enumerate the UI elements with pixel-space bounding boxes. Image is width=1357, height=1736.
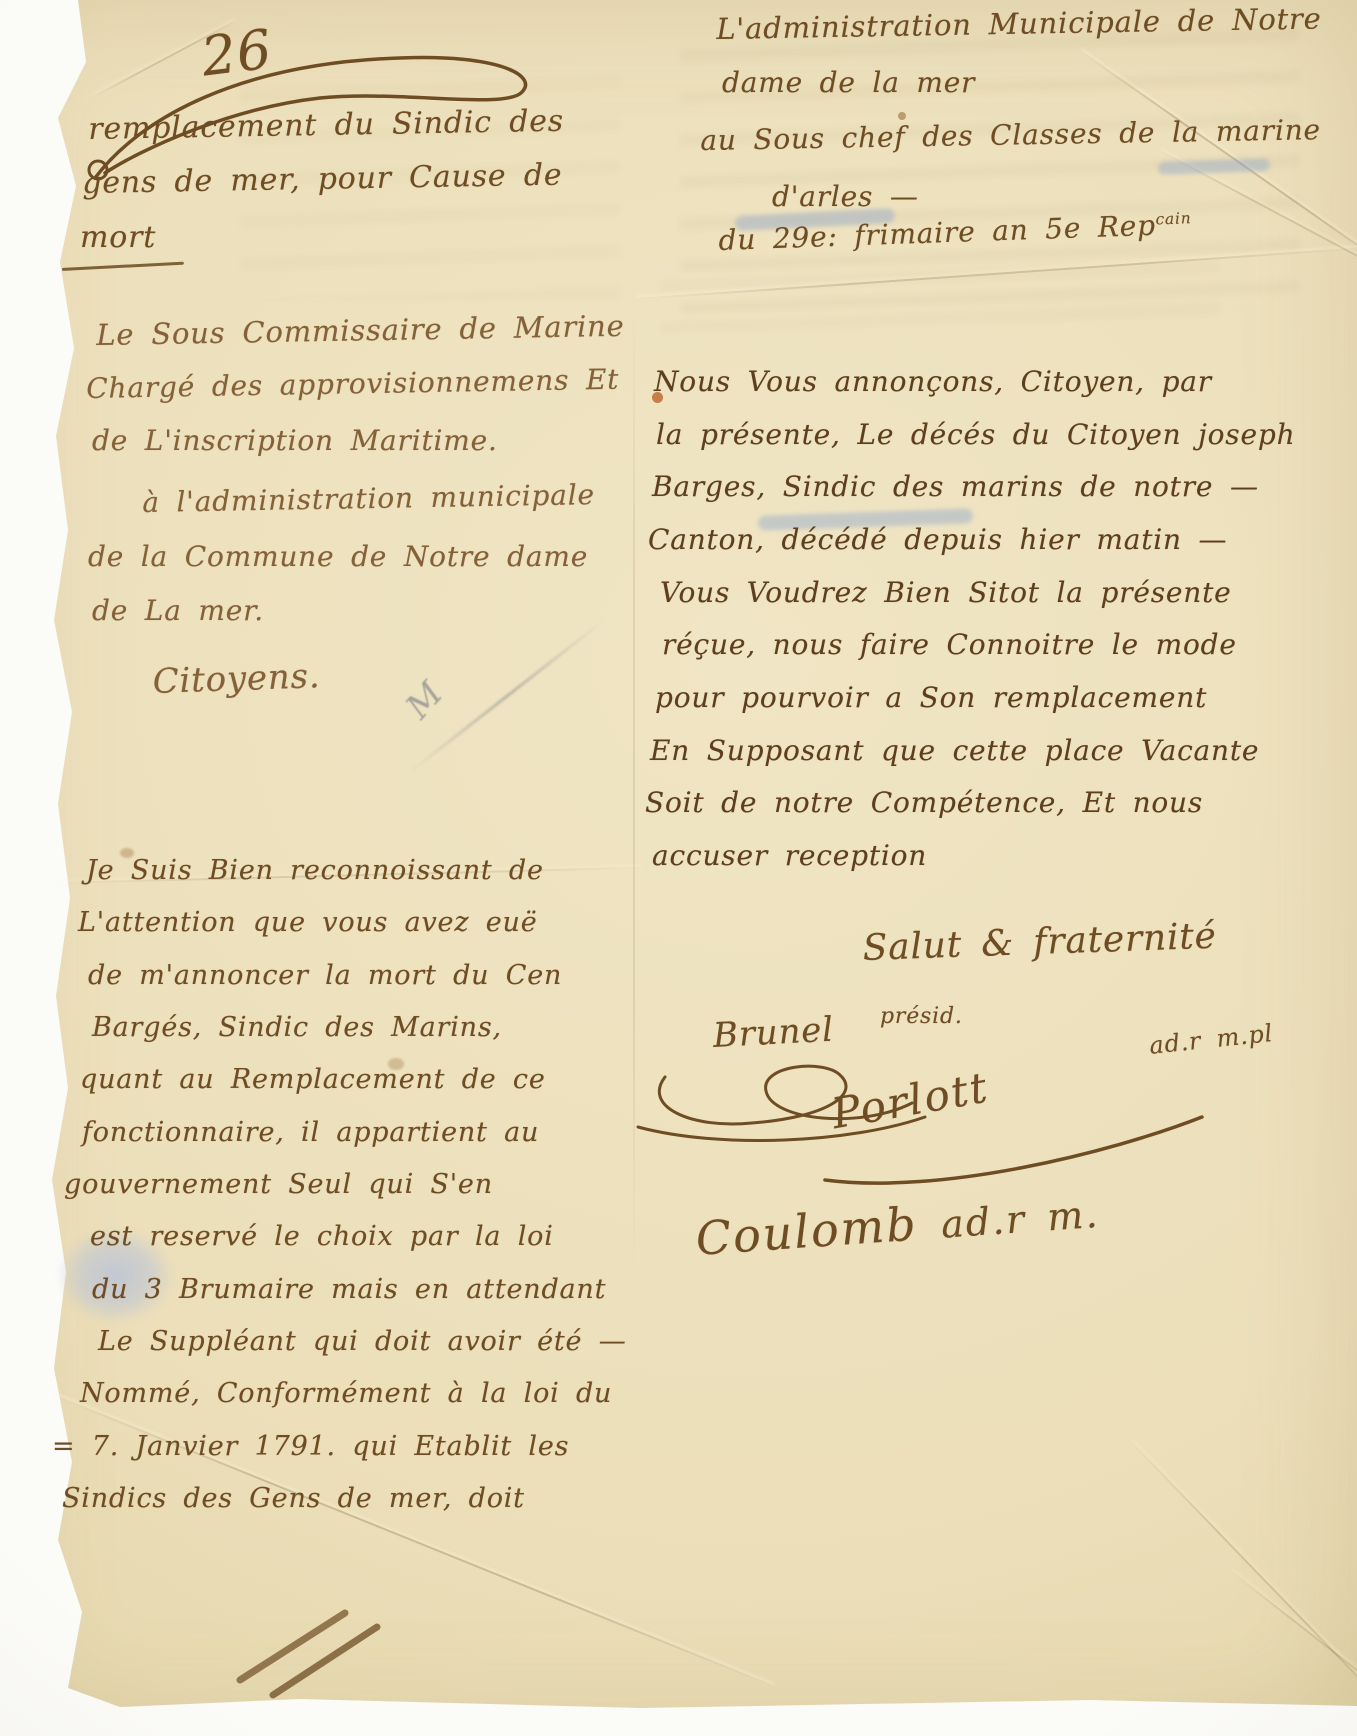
right-body-line: Soit de notre Compétence, Et nous	[645, 786, 1203, 819]
body-line: Je Suis Bien reconnoissant de	[86, 855, 544, 886]
body-line: Le Suppléant qui doit avoir été —	[98, 1326, 627, 1357]
addressee-line: de la Commune de Notre dame	[88, 540, 588, 573]
right-addressee-line: d'arles —	[772, 180, 919, 213]
right-body-line: En Supposant que cette place Vacante	[650, 734, 1259, 767]
right-body-line: Vous Voudrez Bien Sitot la présente	[660, 576, 1232, 609]
date-superscript: cain	[1155, 209, 1191, 228]
body-line: Bargés, Sindic des Marins,	[92, 1012, 502, 1043]
sender-line: de L'inscription Maritime.	[92, 424, 498, 457]
salutation: Citoyens.	[152, 656, 321, 702]
body-line: = 7. Janvier 1791. qui Etablit les	[52, 1431, 569, 1462]
body-line: est reservé le choix par la loi	[90, 1221, 554, 1252]
subject-line: mort	[80, 220, 156, 255]
right-body-line: Nous Vous annonçons, Citoyen, par	[654, 365, 1212, 398]
docket-number: 26	[198, 17, 275, 88]
right-body-line: réçue, nous faire Connoitre le mode	[662, 628, 1237, 661]
right-body-line: pour pourvoir a Son remplacement	[655, 681, 1207, 714]
body-line: Sindics des Gens de mer, doit	[62, 1483, 525, 1514]
body-line: Nommé, Conformément à la loi du	[80, 1378, 612, 1409]
body-line: de m'annoncer la mort du Cen	[88, 960, 562, 991]
body-line: fonctionnaire, il appartient au	[82, 1117, 539, 1148]
document-scan: 26 remplacement du Sindic des gens de me…	[0, 0, 1357, 1736]
signature-brunel-title: présid.	[880, 1004, 963, 1029]
right-body-line: accuser reception	[652, 839, 927, 872]
right-body-line: Barges, Sindic des marins de notre —	[652, 470, 1259, 503]
body-line: du 3 Brumaire mais en attendant	[92, 1274, 606, 1305]
right-header-line: dame de la mer	[722, 66, 975, 99]
signature-coulomb-title: ad.r m.	[940, 1192, 1101, 1247]
catchword-mark	[225, 1585, 405, 1705]
foxing-spot	[898, 112, 906, 120]
right-body-line: Canton, décédé depuis hier matin —	[648, 523, 1227, 556]
porlott-swash	[810, 1095, 1210, 1195]
body-line: quant au Remplacement de ce	[80, 1064, 546, 1095]
addressee-line: de La mer.	[92, 594, 264, 627]
right-body-line: la présente, Le décés du Citoyen joseph	[656, 418, 1295, 451]
body-line: gouvernement Seul qui S'en	[64, 1169, 493, 1200]
body-line: L'attention que vous avez euë	[78, 907, 537, 938]
